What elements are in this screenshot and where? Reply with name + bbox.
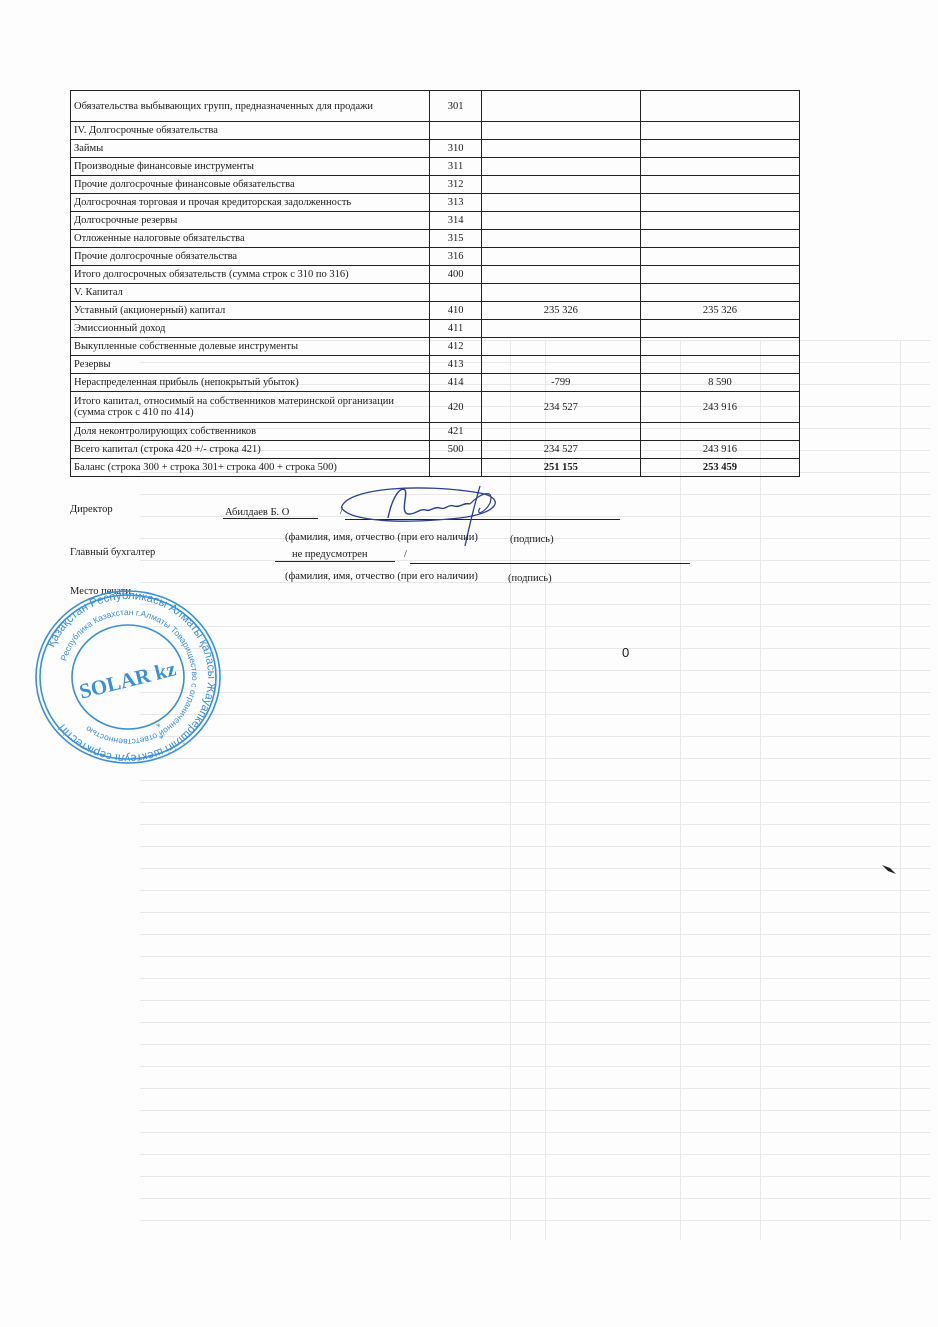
current-period-value <box>481 140 640 158</box>
line-item-name: Отложенные налоговые обязательства <box>71 230 430 248</box>
line-item-name: Обязательства выбывающих групп, предназн… <box>71 91 430 122</box>
line-item-name: Эмиссионный доход <box>71 320 430 338</box>
table-row: Долгосрочные резервы 314 <box>71 212 800 230</box>
previous-period-value <box>640 356 799 374</box>
current-period-value <box>481 338 640 356</box>
scan-artifact-mark <box>880 862 898 876</box>
current-period-value: 251 155 <box>481 459 640 477</box>
current-period-value <box>481 122 640 140</box>
line-item-name: Нераспределенная прибыль (непокрытый убы… <box>71 374 430 392</box>
previous-period-value: 253 459 <box>640 459 799 477</box>
current-period-value: 234 527 <box>481 441 640 459</box>
current-period-value <box>481 266 640 284</box>
previous-period-value <box>640 91 799 122</box>
line-item-name: Прочие долгосрочные обязательства <box>71 248 430 266</box>
line-item-name: Итого долгосрочных обязательств (сумма с… <box>71 266 430 284</box>
line-code: 312 <box>430 176 481 194</box>
table-row: Производные финансовые инструменты 311 <box>71 158 800 176</box>
chief-accountant-name: не предусмотрен <box>292 549 368 560</box>
current-period-value <box>481 158 640 176</box>
line-code: 311 <box>430 158 481 176</box>
previous-period-value <box>640 423 799 441</box>
line-item-name: Долгосрочная торговая и прочая кредиторс… <box>71 194 430 212</box>
current-period-value <box>481 91 640 122</box>
stray-zero-mark: 0 <box>622 645 629 660</box>
current-period-value <box>481 284 640 302</box>
table-row: Итого долгосрочных обязательств (сумма с… <box>71 266 800 284</box>
company-seal-stamp: Қазақстан Республикасы Алматы қаласы Жау… <box>28 590 228 765</box>
accountant-signature-caption: (подпись) <box>508 573 552 584</box>
previous-period-value <box>640 284 799 302</box>
table-row: Нераспределенная прибыль (непокрытый убы… <box>71 374 800 392</box>
previous-period-value <box>640 266 799 284</box>
line-code <box>430 459 481 477</box>
line-item-name: Прочие долгосрочные финансовые обязатель… <box>71 176 430 194</box>
previous-period-value <box>640 338 799 356</box>
current-period-value: 235 326 <box>481 302 640 320</box>
previous-period-value <box>640 140 799 158</box>
previous-period-value: 243 916 <box>640 441 799 459</box>
table-row: Займы 310 <box>71 140 800 158</box>
balance-sheet-table: Обязательства выбывающих групп, предназн… <box>70 90 800 477</box>
director-name-line <box>223 518 318 519</box>
previous-period-value: 243 916 <box>640 392 799 423</box>
director-label: Директор <box>70 504 113 515</box>
line-item-name: Всего капитал (строка 420 +/- строка 421… <box>71 441 430 459</box>
line-item-name: Выкупленные собственные долевые инструме… <box>71 338 430 356</box>
line-item-name: Производные финансовые инструменты <box>71 158 430 176</box>
accountant-slash: / <box>404 549 407 560</box>
table-row: Долгосрочная торговая и прочая кредиторс… <box>71 194 800 212</box>
previous-period-value <box>640 122 799 140</box>
line-code: 313 <box>430 194 481 212</box>
director-name: Абилдаев Б. О <box>225 507 289 518</box>
line-code: 310 <box>430 140 481 158</box>
previous-period-value <box>640 212 799 230</box>
line-code: 315 <box>430 230 481 248</box>
current-period-value: -799 <box>481 374 640 392</box>
line-item-name: Доля неконтролирующих собственников <box>71 423 430 441</box>
line-code <box>430 122 481 140</box>
chief-accountant-label: Главный бухгалтер <box>70 547 155 558</box>
line-code: 316 <box>430 248 481 266</box>
line-code: 500 <box>430 441 481 459</box>
accountant-fio-caption: (фамилия, имя, отчество (при его наличии… <box>285 571 478 582</box>
line-code: 413 <box>430 356 481 374</box>
current-period-value <box>481 356 640 374</box>
line-code: 410 <box>430 302 481 320</box>
current-period-value <box>481 194 640 212</box>
line-code: 421 <box>430 423 481 441</box>
svg-text:*: * <box>156 722 161 732</box>
previous-period-value: 235 326 <box>640 302 799 320</box>
director-signature-caption: (подпись) <box>510 534 554 545</box>
current-period-value <box>481 248 640 266</box>
line-item-name: Резервы <box>71 356 430 374</box>
table-row: Уставный (акционерный) капитал 410 235 3… <box>71 302 800 320</box>
table-row: Прочие долгосрочные финансовые обязатель… <box>71 176 800 194</box>
table-row: Эмиссионный доход 411 <box>71 320 800 338</box>
line-code: 412 <box>430 338 481 356</box>
accountant-signature-line <box>410 563 690 564</box>
current-period-value <box>481 212 640 230</box>
table-row: Всего капитал (строка 420 +/- строка 421… <box>71 441 800 459</box>
current-period-value <box>481 230 640 248</box>
table-row: Обязательства выбывающих групп, предназн… <box>71 91 800 122</box>
line-code: 314 <box>430 212 481 230</box>
table-row: IV. Долгосрочные обязательства <box>71 122 800 140</box>
current-period-value <box>481 176 640 194</box>
line-item-name: V. Капитал <box>71 284 430 302</box>
table-row: Резервы 413 <box>71 356 800 374</box>
line-item-name: Итого капитал, относимый на собственнико… <box>71 392 430 423</box>
previous-period-value <box>640 230 799 248</box>
line-code: 414 <box>430 374 481 392</box>
table-row: Итого капитал, относимый на собственнико… <box>71 392 800 423</box>
previous-period-value <box>640 176 799 194</box>
svg-text:*: * <box>159 734 164 744</box>
line-code: 420 <box>430 392 481 423</box>
previous-period-value: 8 590 <box>640 374 799 392</box>
table-row: V. Капитал <box>71 284 800 302</box>
previous-period-value <box>640 320 799 338</box>
previous-period-value <box>640 248 799 266</box>
line-code: 411 <box>430 320 481 338</box>
table-row: Баланс (строка 300 + строка 301+ строка … <box>71 459 800 477</box>
current-period-value <box>481 320 640 338</box>
svg-text:SOLAR kz: SOLAR kz <box>77 656 178 703</box>
line-code: 400 <box>430 266 481 284</box>
table-row: Прочие долгосрочные обязательства 316 <box>71 248 800 266</box>
line-code: 301 <box>430 91 481 122</box>
accountant-name-line <box>275 561 395 562</box>
line-code <box>430 284 481 302</box>
line-item-name: Баланс (строка 300 + строка 301+ строка … <box>71 459 430 477</box>
line-item-name: Займы <box>71 140 430 158</box>
table-row: Доля неконтролирующих собственников 421 <box>71 423 800 441</box>
line-item-name: IV. Долгосрочные обязательства <box>71 122 430 140</box>
table-row: Отложенные налоговые обязательства 315 <box>71 230 800 248</box>
current-period-value: 234 527 <box>481 392 640 423</box>
line-item-name: Уставный (акционерный) капитал <box>71 302 430 320</box>
line-item-name: Долгосрочные резервы <box>71 212 430 230</box>
table-row: Выкупленные собственные долевые инструме… <box>71 338 800 356</box>
current-period-value <box>481 423 640 441</box>
previous-period-value <box>640 158 799 176</box>
previous-period-value <box>640 194 799 212</box>
director-fio-caption: (фамилия, имя, отчество (при его наличии… <box>285 532 478 543</box>
